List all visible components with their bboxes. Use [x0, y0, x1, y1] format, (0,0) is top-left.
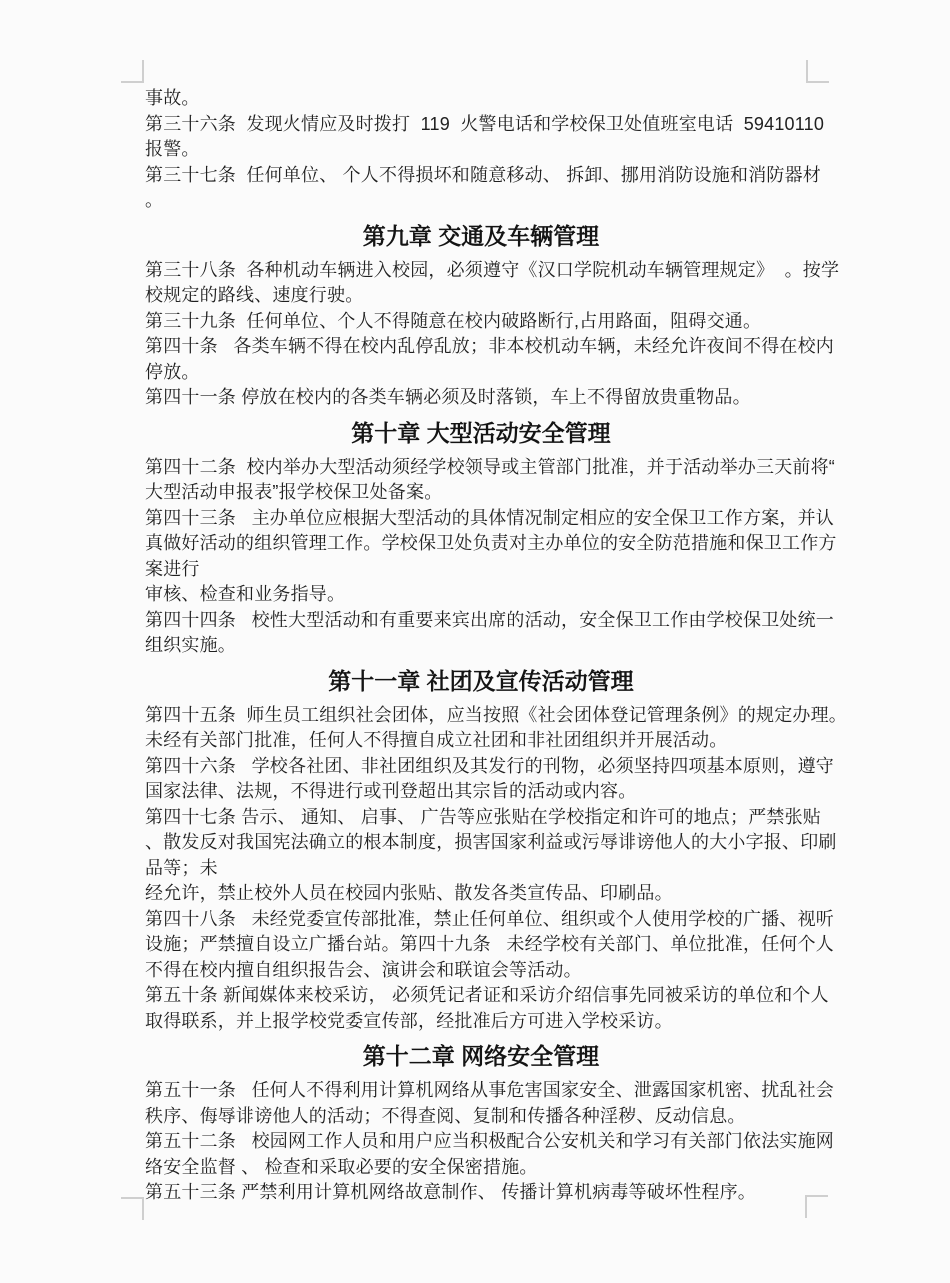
- text-line: 组织实施。: [145, 633, 817, 659]
- text-line: 未经有关部门批准，任何人不得擅自成立社团和非社团组织并开展活动。: [145, 728, 817, 754]
- text-line: 。: [145, 188, 817, 214]
- text-line: 第四十条 各类车辆不得在校内乱停乱放；非本校机动车辆，未经允许夜间不得在校内: [145, 334, 817, 360]
- chapter-heading: 第十一章 社团及宣传活动管理: [145, 666, 817, 696]
- paragraph: 第四十五条 师生员工组织社会团体，应当按照《社会团体登记管理条例》的规定办理。未…: [145, 703, 817, 1035]
- text-line: 审核、检查和业务指导。: [145, 582, 817, 608]
- text-line: 真做好活动的组织管理工作。学校保卫处负责对主办单位的安全防范措施和保卫工作方: [145, 531, 817, 557]
- text-line: 取得联系，并上报学校党委宣传部，经批准后方可进入学校采访。: [145, 1009, 817, 1035]
- text-line: 第四十七条 告示、 通知、 启事、 广告等应张贴在学校指定和许可的地点；严禁张贴: [145, 805, 817, 831]
- chapter-heading: 第九章 交通及车辆管理: [145, 221, 817, 251]
- text-line: 第四十四条 校性大型活动和有重要来宾出席的活动，安全保卫工作由学校保卫处统一: [145, 608, 817, 634]
- text-line: 第五十一条 任何人不得利用计算机网络从事危害国家安全、泄露国家机密、扰乱社会: [145, 1078, 817, 1104]
- paragraph: 第三十八条 各种机动车辆进入校园，必须遵守《汉口学院机动车辆管理规定》 。按学校…: [145, 258, 817, 411]
- text-line: 事故。: [145, 86, 817, 112]
- text-line: 国家法律、法规，不得进行或刊登超出其宗旨的活动或内容。: [145, 779, 817, 805]
- text-line: 品等；未: [145, 856, 817, 882]
- text-line: 第三十六条 发现火情应及时拨打 119 火警电话和学校保卫处值班室电话 5941…: [145, 112, 817, 138]
- crop-mark-bottom-left-icon: [121, 1197, 144, 1220]
- crop-mark-top-left-icon: [121, 60, 144, 83]
- text-line: 第五十条 新闻媒体来校采访， 必须凭记者证和采访介绍信事先同被采访的单位和个人: [145, 983, 817, 1009]
- text-line: 报警。: [145, 137, 817, 163]
- text-line: 、散发反对我国宪法确立的根本制度，损害国家利益或污辱诽谤他人的大小字报、印刷: [145, 830, 817, 856]
- document-body: 事故。第三十六条 发现火情应及时拨打 119 火警电话和学校保卫处值班室电话 5…: [145, 86, 817, 1206]
- text-line: 案进行: [145, 557, 817, 583]
- text-line: 第五十二条 校园网工作人员和用户应当积极配合公安机关和学习有关部门依法实施网: [145, 1129, 817, 1155]
- text-line: 第三十九条 任何单位、个人不得随意在校内破路断行,占用路面，阻碍交通。: [145, 309, 817, 335]
- text-line: 第四十八条 未经党委宣传部批准，禁止任何单位、组织或个人使用学校的广播、视听: [145, 907, 817, 933]
- paragraph: 第五十一条 任何人不得利用计算机网络从事危害国家安全、泄露国家机密、扰乱社会秩序…: [145, 1078, 817, 1206]
- text-line: 第四十一条 停放在校内的各类车辆必须及时落锁，车上不得留放贵重物品。: [145, 385, 817, 411]
- text-line: 设施；严禁擅自设立广播台站。第四十九条 未经学校有关部门、单位批准，任何个人: [145, 932, 817, 958]
- text-line: 不得在校内擅自组织报告会、演讲会和联谊会等活动。: [145, 958, 817, 984]
- text-line: 第四十二条 校内举办大型活动须经学校领导或主管部门批准，并于活动举办三天前将“: [145, 455, 817, 481]
- text-line: 络安全监督 、 检查和采取必要的安全保密措施。: [145, 1155, 817, 1181]
- text-line: 第三十八条 各种机动车辆进入校园，必须遵守《汉口学院机动车辆管理规定》 。按学: [145, 258, 817, 284]
- text-line: 经允许，禁止校外人员在校园内张贴、散发各类宣传品、印刷品。: [145, 881, 817, 907]
- text-line: 第三十七条 任何单位、 个人不得损坏和随意移动、 拆卸、挪用消防设施和消防器材: [145, 163, 817, 189]
- text-line: 停放。: [145, 360, 817, 386]
- text-line: 第五十三条 严禁利用计算机网络故意制作、 传播计算机病毒等破坏性程序。: [145, 1180, 817, 1206]
- text-line: 第四十六条 学校各社团、非社团组织及其发行的刊物，必须坚持四项基本原则，遵守: [145, 754, 817, 780]
- chapter-heading: 第十章 大型活动安全管理: [145, 418, 817, 448]
- text-line: 校规定的路线、速度行驶。: [145, 283, 817, 309]
- chapter-heading: 第十二章 网络安全管理: [145, 1041, 817, 1071]
- text-line: 秩序、侮辱诽谤他人的活动；不得查阅、复制和传播各种淫秽、反动信息。: [145, 1104, 817, 1130]
- document-page: 事故。第三十六条 发现火情应及时拨打 119 火警电话和学校保卫处值班室电话 5…: [0, 0, 950, 1283]
- text-line: 大型活动申报表”报学校保卫处备案。: [145, 480, 817, 506]
- text-line: 第四十五条 师生员工组织社会团体，应当按照《社会团体登记管理条例》的规定办理。: [145, 703, 817, 729]
- paragraph: 事故。第三十六条 发现火情应及时拨打 119 火警电话和学校保卫处值班室电话 5…: [145, 86, 817, 214]
- paragraph: 第四十二条 校内举办大型活动须经学校领导或主管部门批准，并于活动举办三天前将“大…: [145, 455, 817, 659]
- text-line: 第四十三条 主办单位应根据大型活动的具体情况制定相应的安全保卫工作方案，并认: [145, 506, 817, 532]
- crop-mark-top-right-icon: [806, 60, 829, 83]
